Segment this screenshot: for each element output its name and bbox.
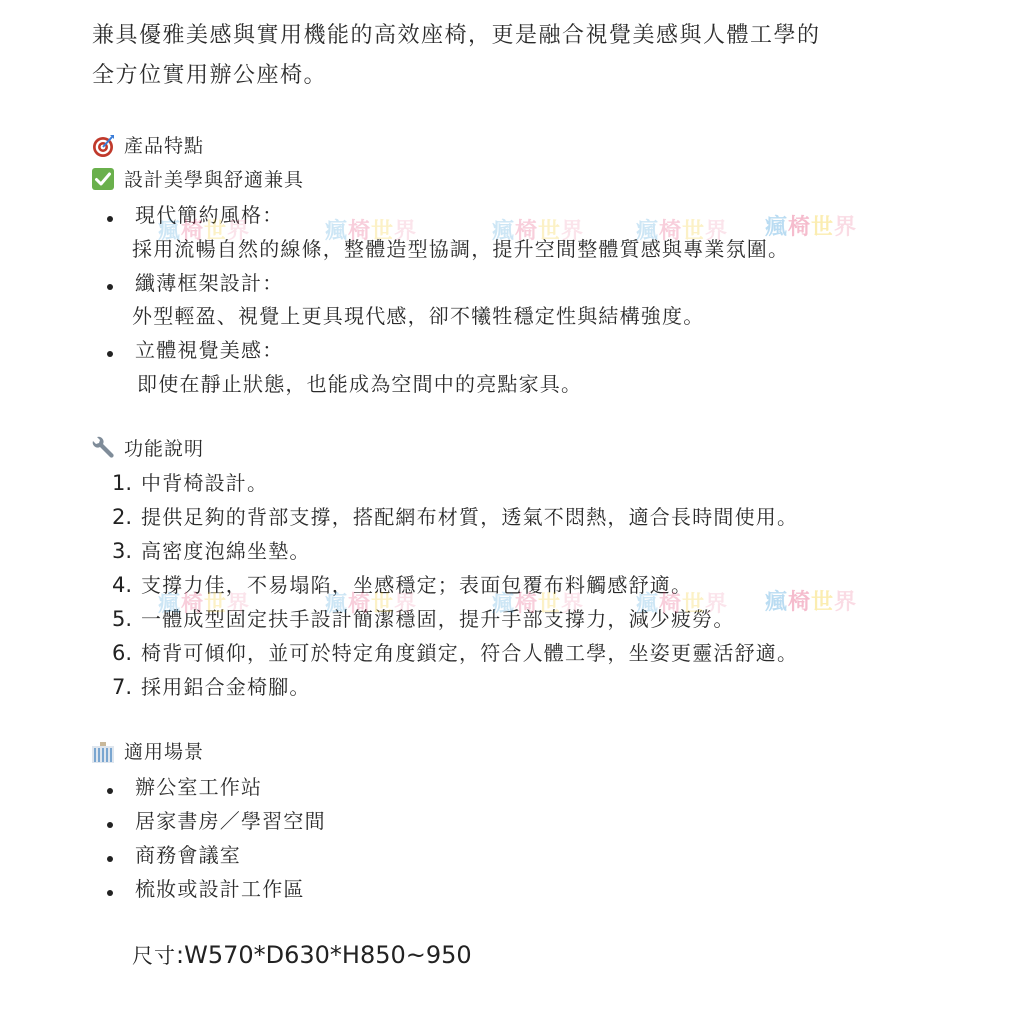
scene-item-study: 居家書房／學習空間 [135, 807, 326, 835]
check-mark-icon [91, 167, 115, 191]
function-item-7: 採用鋁合金椅腳。 [141, 673, 311, 701]
function-item-3: 高密度泡綿坐墊。 [141, 537, 311, 565]
dimensions-value: :W570*D630*H850~950 [176, 941, 472, 969]
list-number: 4. [112, 571, 132, 599]
features-title: 產品特點 [124, 132, 204, 160]
list-number: 7. [112, 673, 132, 701]
feature-label-visual: 立體視覺美感： [135, 336, 283, 364]
bullet-dot [107, 788, 113, 794]
bullet-dot [107, 284, 113, 290]
wrench-icon [90, 436, 114, 460]
list-number: 5. [112, 605, 132, 633]
function-item-4: 支撐力佳，不易塌陷，坐感穩定；表面包覆布料觸感舒適。 [141, 571, 692, 599]
scene-item-office: 辦公室工作站 [135, 773, 262, 801]
dimensions: 尺寸:W570*D630*H850~950 [132, 940, 472, 971]
function-item-2: 提供足夠的背部支撐，搭配網布材質，透氣不悶熱，適合長時間使用。 [141, 503, 798, 531]
intro-line-1: 兼具優雅美感與實用機能的高效座椅，更是融合視覺美感與人體工學的 [92, 22, 821, 50]
intro-line-2: 全方位實用辦公座椅。 [92, 62, 327, 90]
feature-desc-visual: 即使在靜止狀態，也能成為空間中的亮點家具。 [137, 370, 582, 398]
bullet-dot [107, 856, 113, 862]
list-number: 6. [112, 639, 132, 667]
features-subheading: 設計美學與舒適兼具 [124, 166, 304, 194]
list-number: 1. [112, 469, 132, 497]
functions-title: 功能說明 [124, 435, 204, 463]
feature-label-modern: 現代簡約風格： [135, 201, 283, 229]
feature-desc-modern: 採用流暢自然的線條，整體造型協調，提升空間整體質感與專業氛圍。 [132, 235, 789, 263]
scene-item-meeting: 商務會議室 [135, 841, 241, 869]
function-item-1: 中背椅設計。 [141, 469, 268, 497]
bullet-dot [107, 351, 113, 357]
feature-desc-frame: 外型輕盈、視覺上更具現代感，卻不犧牲穩定性與結構強度。 [132, 302, 704, 330]
function-item-6: 椅背可傾仰，並可於特定角度鎖定，符合人體工學，坐姿更靈活舒適。 [141, 639, 798, 667]
office-building-icon [91, 740, 115, 764]
bullet-dot [107, 216, 113, 222]
bullet-dot [107, 890, 113, 896]
bullet-dot [107, 822, 113, 828]
scenes-title: 適用場景 [124, 738, 204, 766]
dimensions-label: 尺寸 [132, 944, 176, 968]
watermark: 瘋椅世界 [765, 585, 857, 616]
list-number: 3. [112, 537, 132, 565]
function-item-5: 一體成型固定扶手設計簡潔穩固，提升手部支撐力，減少疲勞。 [141, 605, 735, 633]
list-number: 2. [112, 503, 132, 531]
feature-label-frame: 纖薄框架設計： [135, 269, 283, 297]
target-icon [91, 134, 115, 158]
scene-item-vanity: 梳妝或設計工作區 [135, 875, 305, 903]
